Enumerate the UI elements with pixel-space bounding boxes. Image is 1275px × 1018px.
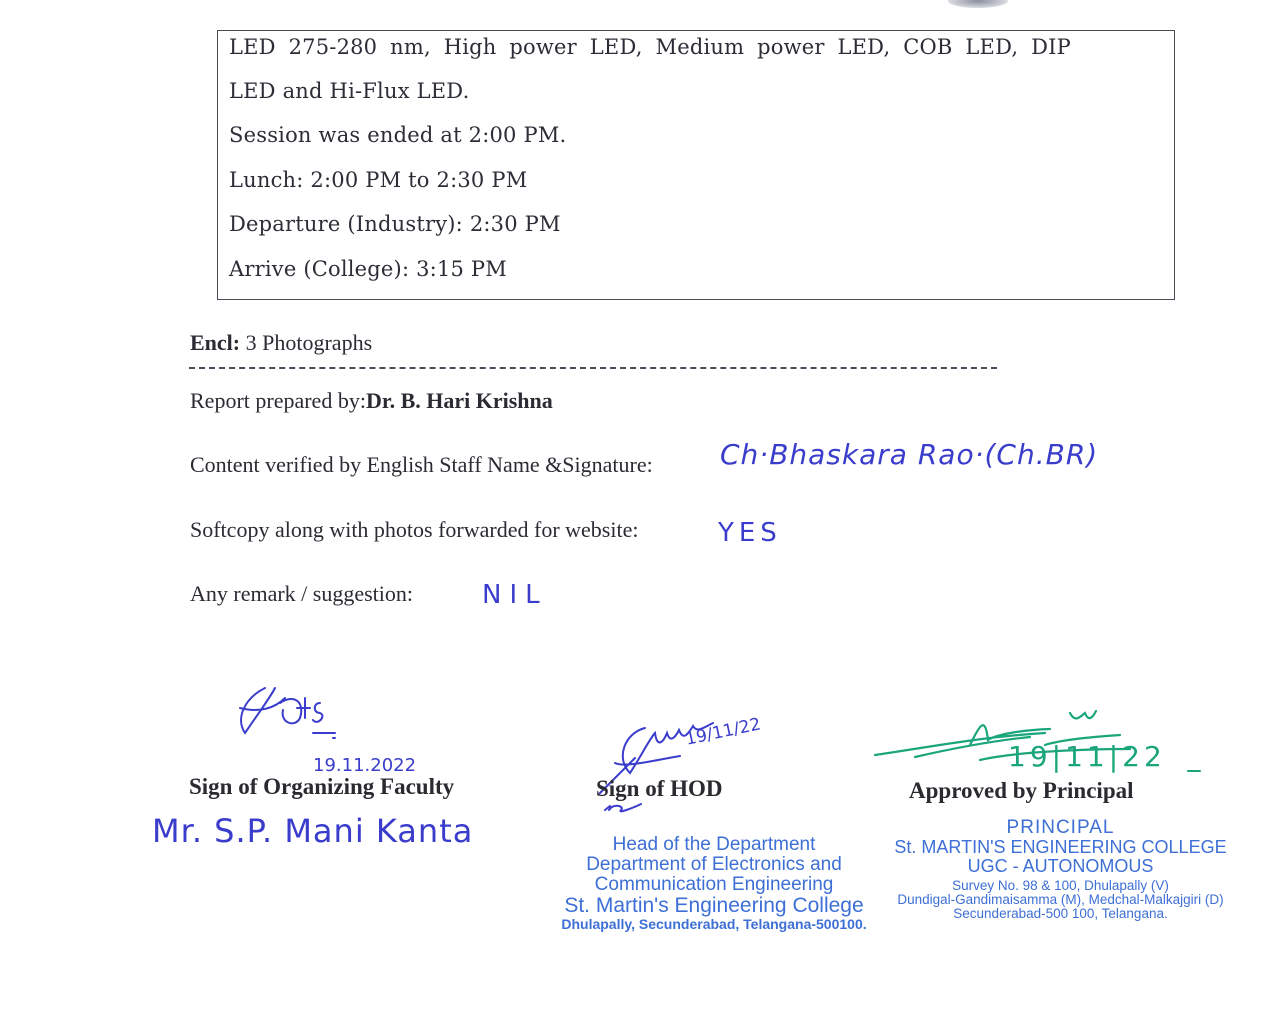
principal-stamp-line: Survey No. 98 & 100, Dhulapally (V) <box>888 879 1233 893</box>
session-info-box: LED 275-280 nm, High power LED, Medium p… <box>217 30 1175 300</box>
hod-stamp: Head of the Department Department of Ele… <box>538 835 890 932</box>
organizer-signature-scribble <box>225 678 355 753</box>
remark-label: Any remark / suggestion: <box>190 581 413 607</box>
report-prepared-line: Report prepared by:Dr. B. Hari Krishna <box>190 388 553 414</box>
hod-stamp-line: Dhulapally, Secunderabad, Telangana-5001… <box>538 917 890 932</box>
organizer-sign-title: Sign of Organizing Faculty <box>189 774 454 800</box>
enclosure-line: Encl: 3 Photographs <box>190 330 372 356</box>
organizer-sign-date: 19.11.2022 <box>313 755 416 776</box>
box-line-lunch: Lunch: 2:00 PM to 2:30 PM <box>229 168 527 192</box>
principal-stamp-line: Dundigal-Gandimaisamma (M), Medchal-Malk… <box>888 893 1233 907</box>
box-line-led-types: LED 275-280 nm, High power LED, Medium p… <box>229 35 1071 59</box>
hod-stamp-line: Communication Engineering <box>538 875 890 895</box>
box-line-departure: Departure (Industry): 2:30 PM <box>229 212 561 236</box>
scan-smudge <box>948 0 1008 8</box>
hod-stamp-line: Department of Electronics and <box>538 855 890 875</box>
principal-stamp-line: PRINCIPAL <box>888 818 1233 838</box>
enclosure-value: 3 Photographs <box>246 330 373 355</box>
organizer-name: Mr. S.P. Mani Kanta <box>152 812 473 850</box>
box-line-led-types-cont: LED and Hi-Flux LED. <box>229 79 469 103</box>
principal-sign-title: Approved by Principal <box>909 778 1134 804</box>
verified-by-handwritten-signature: Ch·Bhaskara Rao·(Ch.BR) <box>720 438 1098 471</box>
prepared-by-label: Report prepared by: <box>190 388 366 413</box>
hod-sign-title: Sign of HOD <box>596 776 723 802</box>
box-line-arrival: Arrive (College): 3:15 PM <box>229 257 507 281</box>
prepared-by-name: Dr. B. Hari Krishna <box>366 388 553 413</box>
hod-stamp-line: Head of the Department <box>538 835 890 855</box>
softcopy-value: YES <box>718 518 782 548</box>
verified-by-label: Content verified by English Staff Name &… <box>190 452 653 478</box>
principal-stamp-line: St. MARTIN'S ENGINEERING COLLEGE <box>888 838 1233 857</box>
principal-stamp-line: UGC - AUTONOMOUS <box>888 857 1233 876</box>
principal-stamp: PRINCIPAL St. MARTIN'S ENGINEERING COLLE… <box>888 818 1233 921</box>
hod-stamp-line: St. Martin's Engineering College <box>538 895 890 917</box>
box-line-session-end: Session was ended at 2:00 PM. <box>229 123 566 147</box>
softcopy-label: Softcopy along with photos forwarded for… <box>190 517 638 543</box>
principal-stamp-line: Secunderabad-500 100, Telangana. <box>888 907 1233 921</box>
separator-dashed <box>189 367 997 369</box>
principal-sign-date: 19|11|22 <box>1008 740 1166 773</box>
enclosure-label: Encl: <box>190 330 240 355</box>
remark-value: NIL <box>482 580 548 610</box>
